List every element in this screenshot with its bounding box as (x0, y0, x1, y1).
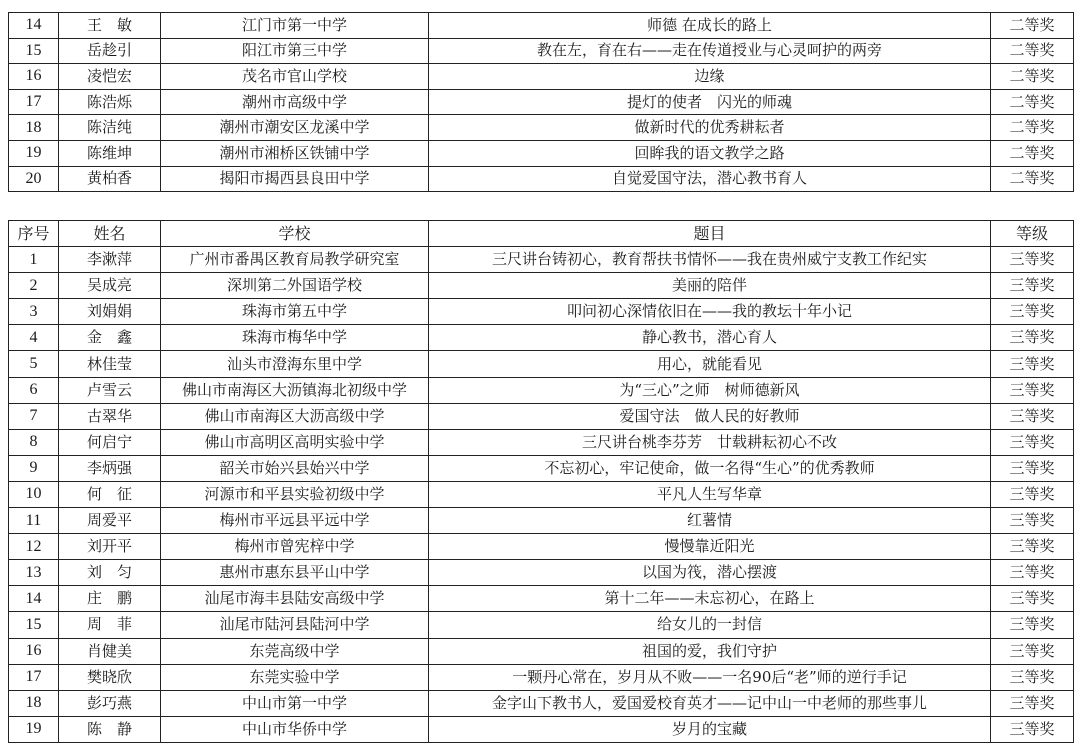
table-row: 11周爱平梅州市平远县平远中学红薯情三等奖 (9, 508, 1074, 534)
cell-level: 三等奖 (991, 664, 1074, 690)
cell-no: 19 (9, 716, 59, 742)
cell-title: 静心教书，潜心育人 (429, 325, 991, 351)
cell-name: 黄柏香 (59, 166, 161, 192)
third-prize-table-body: 1李漱萍广州市番禺区教育局教学研究室三尺讲台铸初心，教育帮扶书情怀——我在贵州威… (9, 247, 1074, 743)
cell-title: 岁月的宝藏 (429, 716, 991, 742)
cell-level: 三等奖 (991, 377, 1074, 403)
cell-name: 周 菲 (59, 612, 161, 638)
cell-level: 二等奖 (991, 64, 1074, 90)
table-row: 15周 菲汕尾市陆河县陆河中学给女儿的一封信三等奖 (9, 612, 1074, 638)
cell-title: 一颗丹心常在，岁月从不败——一名90后“老”师的逆行手记 (429, 664, 991, 690)
table-row: 16凌恺宏茂名市官山学校边缘二等奖 (9, 64, 1074, 90)
table-row: 18陈洁纯潮州市潮安区龙溪中学做新时代的优秀耕耘者二等奖 (9, 115, 1074, 141)
cell-level: 三等奖 (991, 508, 1074, 534)
cell-title: 教在左，育在右——走在传道授业与心灵呵护的两旁 (429, 38, 991, 64)
cell-no: 18 (9, 115, 59, 141)
cell-title: 爱国守法 做人民的好教师 (429, 403, 991, 429)
cell-level: 三等奖 (991, 299, 1074, 325)
cell-no: 15 (9, 612, 59, 638)
cell-school: 汕尾市陆河县陆河中学 (161, 612, 429, 638)
cell-name: 彭巧燕 (59, 690, 161, 716)
cell-name: 凌恺宏 (59, 64, 161, 90)
cell-no: 15 (9, 38, 59, 64)
cell-school: 中山市华侨中学 (161, 716, 429, 742)
cell-no: 11 (9, 508, 59, 534)
cell-school: 揭阳市揭西县良田中学 (161, 166, 429, 192)
header-name: 姓名 (59, 221, 161, 247)
cell-school: 佛山市南海区大沥镇海北初级中学 (161, 377, 429, 403)
cell-name: 林佳莹 (59, 351, 161, 377)
cell-name: 樊晓欣 (59, 664, 161, 690)
cell-no: 5 (9, 351, 59, 377)
cell-no: 18 (9, 690, 59, 716)
cell-school: 广州市番禺区教育局教学研究室 (161, 247, 429, 273)
cell-no: 14 (9, 13, 59, 39)
cell-title: 慢慢靠近阳光 (429, 534, 991, 560)
cell-name: 何 征 (59, 481, 161, 507)
cell-no: 16 (9, 638, 59, 664)
cell-school: 珠海市第五中学 (161, 299, 429, 325)
second-prize-table: 14王 敏江门市第一中学师德 在成长的路上二等奖15岳趁引阳江市第三中学教在左，… (8, 12, 1074, 192)
cell-school: 梅州市平远县平远中学 (161, 508, 429, 534)
cell-school: 阳江市第三中学 (161, 38, 429, 64)
cell-school: 东莞高级中学 (161, 638, 429, 664)
table-row: 2吴成亮深圳第二外国语学校美丽的陪伴三等奖 (9, 273, 1074, 299)
cell-title: 为“三心”之师 树师德新风 (429, 377, 991, 403)
cell-name: 陈浩烁 (59, 89, 161, 115)
table-row: 19陈 静中山市华侨中学岁月的宝藏三等奖 (9, 716, 1074, 742)
cell-name: 庄 鹏 (59, 586, 161, 612)
cell-level: 三等奖 (991, 403, 1074, 429)
cell-level: 三等奖 (991, 429, 1074, 455)
cell-name: 古翠华 (59, 403, 161, 429)
cell-title: 提灯的使者 闪光的师魂 (429, 89, 991, 115)
table-row: 6卢雪云佛山市南海区大沥镇海北初级中学为“三心”之师 树师德新风三等奖 (9, 377, 1074, 403)
header-row: 序号 姓名 学校 题目 等级 (9, 221, 1074, 247)
cell-name: 李炳强 (59, 455, 161, 481)
cell-no: 19 (9, 140, 59, 166)
header-level: 等级 (991, 221, 1074, 247)
cell-name: 岳趁引 (59, 38, 161, 64)
table-row: 14庄 鹏汕尾市海丰县陆安高级中学第十二年——未忘初心，在路上三等奖 (9, 586, 1074, 612)
cell-level: 三等奖 (991, 612, 1074, 638)
second-prize-table-body: 14王 敏江门市第一中学师德 在成长的路上二等奖15岳趁引阳江市第三中学教在左，… (9, 13, 1074, 192)
cell-title: 用心，就能看见 (429, 351, 991, 377)
cell-level: 二等奖 (991, 89, 1074, 115)
cell-title: 美丽的陪伴 (429, 273, 991, 299)
cell-no: 17 (9, 664, 59, 690)
cell-level: 三等奖 (991, 455, 1074, 481)
cell-level: 三等奖 (991, 690, 1074, 716)
cell-school: 深圳第二外国语学校 (161, 273, 429, 299)
cell-no: 10 (9, 481, 59, 507)
header-title: 题目 (429, 221, 991, 247)
table-row: 5林佳莹汕头市澄海东里中学用心，就能看见三等奖 (9, 351, 1074, 377)
cell-title: 给女儿的一封信 (429, 612, 991, 638)
table-row: 13刘 匀惠州市惠东县平山中学以国为筏，潜心摆渡三等奖 (9, 560, 1074, 586)
cell-no: 4 (9, 325, 59, 351)
cell-level: 二等奖 (991, 13, 1074, 39)
cell-title: 第十二年——未忘初心，在路上 (429, 586, 991, 612)
cell-name: 陈洁纯 (59, 115, 161, 141)
cell-no: 2 (9, 273, 59, 299)
cell-title: 边缘 (429, 64, 991, 90)
cell-level: 二等奖 (991, 166, 1074, 192)
cell-title: 红薯情 (429, 508, 991, 534)
cell-title: 金字山下教书人，爱国爱校育英才——记中山一中老师的那些事儿 (429, 690, 991, 716)
third-prize-table-header: 序号 姓名 学校 题目 等级 (9, 221, 1074, 247)
cell-title: 以国为筏，潜心摆渡 (429, 560, 991, 586)
cell-level: 三等奖 (991, 638, 1074, 664)
cell-title: 回眸我的语文教学之路 (429, 140, 991, 166)
table-row: 3刘娟娟珠海市第五中学叩问初心深情依旧在——我的教坛十年小记三等奖 (9, 299, 1074, 325)
cell-level: 三等奖 (991, 481, 1074, 507)
cell-school: 惠州市惠东县平山中学 (161, 560, 429, 586)
cell-no: 20 (9, 166, 59, 192)
cell-level: 三等奖 (991, 325, 1074, 351)
table-row: 8何启宁佛山市高明区高明实验中学三尺讲台桃李芬芳 廿载耕耘初心不改三等奖 (9, 429, 1074, 455)
cell-level: 三等奖 (991, 586, 1074, 612)
cell-no: 3 (9, 299, 59, 325)
cell-school: 佛山市南海区大沥高级中学 (161, 403, 429, 429)
cell-name: 陈 静 (59, 716, 161, 742)
cell-name: 刘娟娟 (59, 299, 161, 325)
cell-school: 潮州市潮安区龙溪中学 (161, 115, 429, 141)
cell-level: 二等奖 (991, 38, 1074, 64)
cell-name: 金 鑫 (59, 325, 161, 351)
cell-no: 1 (9, 247, 59, 273)
table-row: 7古翠华佛山市南海区大沥高级中学爱国守法 做人民的好教师三等奖 (9, 403, 1074, 429)
cell-title: 平凡人生写华章 (429, 481, 991, 507)
cell-level: 三等奖 (991, 273, 1074, 299)
cell-no: 14 (9, 586, 59, 612)
third-prize-table: 序号 姓名 学校 题目 等级 1李漱萍广州市番禺区教育局教学研究室三尺讲台铸初心… (8, 220, 1074, 743)
cell-school: 梅州市曾宪梓中学 (161, 534, 429, 560)
table-row: 14王 敏江门市第一中学师德 在成长的路上二等奖 (9, 13, 1074, 39)
cell-level: 二等奖 (991, 140, 1074, 166)
cell-title: 三尺讲台铸初心，教育帮扶书情怀——我在贵州威宁支教工作纪实 (429, 247, 991, 273)
cell-no: 9 (9, 455, 59, 481)
cell-name: 刘开平 (59, 534, 161, 560)
header-no: 序号 (9, 221, 59, 247)
cell-name: 陈维坤 (59, 140, 161, 166)
cell-name: 王 敏 (59, 13, 161, 39)
cell-title: 自觉爱国守法，潜心教书育人 (429, 166, 991, 192)
cell-level: 三等奖 (991, 716, 1074, 742)
cell-no: 16 (9, 64, 59, 90)
cell-title: 叩问初心深情依旧在——我的教坛十年小记 (429, 299, 991, 325)
cell-name: 刘 匀 (59, 560, 161, 586)
table-row: 10何 征河源市和平县实验初级中学平凡人生写华章三等奖 (9, 481, 1074, 507)
cell-school: 珠海市梅华中学 (161, 325, 429, 351)
cell-no: 7 (9, 403, 59, 429)
table-row: 9李炳强韶关市始兴县始兴中学不忘初心，牢记使命，做一名得“生心”的优秀教师三等奖 (9, 455, 1074, 481)
cell-no: 6 (9, 377, 59, 403)
cell-no: 12 (9, 534, 59, 560)
cell-name: 周爱平 (59, 508, 161, 534)
table-row: 12刘开平梅州市曾宪梓中学慢慢靠近阳光三等奖 (9, 534, 1074, 560)
table-row: 1李漱萍广州市番禺区教育局教学研究室三尺讲台铸初心，教育帮扶书情怀——我在贵州威… (9, 247, 1074, 273)
table-row: 19陈维坤潮州市湘桥区铁铺中学回眸我的语文教学之路二等奖 (9, 140, 1074, 166)
cell-title: 三尺讲台桃李芬芳 廿载耕耘初心不改 (429, 429, 991, 455)
cell-title: 做新时代的优秀耕耘者 (429, 115, 991, 141)
cell-name: 吴成亮 (59, 273, 161, 299)
cell-name: 肖健美 (59, 638, 161, 664)
table-row: 20黄柏香揭阳市揭西县良田中学自觉爱国守法，潜心教书育人二等奖 (9, 166, 1074, 192)
cell-level: 三等奖 (991, 351, 1074, 377)
cell-level: 二等奖 (991, 115, 1074, 141)
cell-school: 汕头市澄海东里中学 (161, 351, 429, 377)
table-row: 4金 鑫珠海市梅华中学静心教书，潜心育人三等奖 (9, 325, 1074, 351)
cell-school: 茂名市官山学校 (161, 64, 429, 90)
cell-school: 汕尾市海丰县陆安高级中学 (161, 586, 429, 612)
table-row: 17樊晓欣东莞实验中学一颗丹心常在，岁月从不败——一名90后“老”师的逆行手记三… (9, 664, 1074, 690)
table-row: 15岳趁引阳江市第三中学教在左，育在右——走在传道授业与心灵呵护的两旁二等奖 (9, 38, 1074, 64)
cell-no: 13 (9, 560, 59, 586)
cell-no: 8 (9, 429, 59, 455)
table-row: 17陈浩烁潮州市高级中学提灯的使者 闪光的师魂二等奖 (9, 89, 1074, 115)
cell-school: 潮州市湘桥区铁铺中学 (161, 140, 429, 166)
cell-school: 潮州市高级中学 (161, 89, 429, 115)
cell-school: 韶关市始兴县始兴中学 (161, 455, 429, 481)
cell-level: 三等奖 (991, 534, 1074, 560)
cell-title: 祖国的爱，我们守护 (429, 638, 991, 664)
cell-no: 17 (9, 89, 59, 115)
cell-name: 卢雪云 (59, 377, 161, 403)
cell-school: 中山市第一中学 (161, 690, 429, 716)
cell-level: 三等奖 (991, 247, 1074, 273)
table-row: 18彭巧燕中山市第一中学金字山下教书人，爱国爱校育英才——记中山一中老师的那些事… (9, 690, 1074, 716)
cell-name: 何启宁 (59, 429, 161, 455)
table-row: 16肖健美东莞高级中学祖国的爱，我们守护三等奖 (9, 638, 1074, 664)
cell-title: 不忘初心，牢记使命，做一名得“生心”的优秀教师 (429, 455, 991, 481)
cell-name: 李漱萍 (59, 247, 161, 273)
cell-school: 佛山市高明区高明实验中学 (161, 429, 429, 455)
cell-level: 三等奖 (991, 560, 1074, 586)
cell-title: 师德 在成长的路上 (429, 13, 991, 39)
header-school: 学校 (161, 221, 429, 247)
cell-school: 江门市第一中学 (161, 13, 429, 39)
cell-school: 东莞实验中学 (161, 664, 429, 690)
cell-school: 河源市和平县实验初级中学 (161, 481, 429, 507)
